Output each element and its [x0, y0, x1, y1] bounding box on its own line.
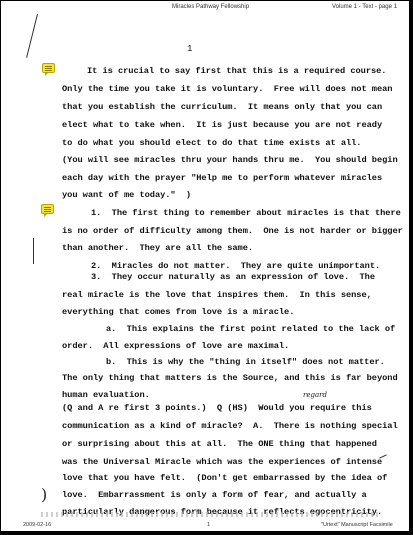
header-title: Miracles Pathway Fellowship [172, 4, 249, 10]
document-page: Miracles Pathway Fellowship Volume 1 - T… [1, 1, 409, 531]
text-line: is no order of difficulty among them. On… [62, 226, 403, 236]
text-line: It is crucial to say first that this is … [87, 66, 386, 76]
text-line: elect what to take when. It is just beca… [62, 120, 382, 130]
text-line: or surprising about this at all. The ONE… [62, 439, 377, 449]
scan-noise [41, 512, 381, 517]
margin-bar-mark [33, 238, 34, 264]
text-line: real miracle is the love that inspires t… [62, 290, 372, 300]
margin-check-mark [379, 454, 387, 458]
text-line: (You will see miracles thru your hands t… [62, 155, 398, 165]
text-line: order. All expressions of love are maxim… [62, 341, 289, 351]
footer-page-number: 1 [207, 522, 210, 528]
footer-date: 2009-02-16 [23, 522, 51, 528]
comment-note-icon[interactable] [41, 204, 54, 214]
page-number: 1 [187, 44, 192, 54]
text-line: communication as a kind of miracle? A. T… [62, 421, 398, 431]
handwritten-correction: regard [303, 391, 327, 399]
text-line: Only the time you take it is voluntary. … [62, 84, 392, 94]
text-line: 3. They occur naturally as an expression… [91, 272, 375, 282]
header-page-info: Volume 1 - Text - page 1 [332, 4, 397, 10]
text-line: you want of me today." ) [62, 190, 191, 200]
text-line: human evaluation. [62, 390, 150, 400]
text-line: (Q and A re first 3 points.) Q (HS) Woul… [62, 403, 372, 413]
text-line: 2. Miracles do not matter. They are quit… [91, 261, 380, 271]
text-line: than another. They are all the same. [62, 243, 253, 253]
text-line: each day with the prayer "Help me to per… [62, 173, 382, 183]
comment-note-icon[interactable] [42, 63, 55, 73]
text-line: b. This is why the "thing in itself" doe… [106, 357, 385, 367]
text-line: love that you have felt. (Don't get emba… [62, 473, 387, 483]
margin-bracket-mark: ) [41, 485, 47, 504]
text-line: that you establish the curriculum. It me… [62, 102, 382, 112]
text-line: to do what you should elect to do that t… [62, 138, 361, 148]
text-line: love. Embarrassment is only a form of fe… [62, 490, 367, 500]
text-line: everything that comes from love is a mir… [62, 307, 294, 317]
footer-source: "Urtext" Manuscript Facsimile [321, 522, 393, 528]
text-line: a. This explains the first point related… [106, 324, 395, 334]
text-line: was the Universal Miracle which was the … [62, 457, 382, 467]
text-line: The only thing that matters is the Sourc… [62, 373, 398, 383]
text-line: 1. The first thing to remember about mir… [91, 208, 401, 218]
margin-pen-mark [26, 14, 38, 58]
